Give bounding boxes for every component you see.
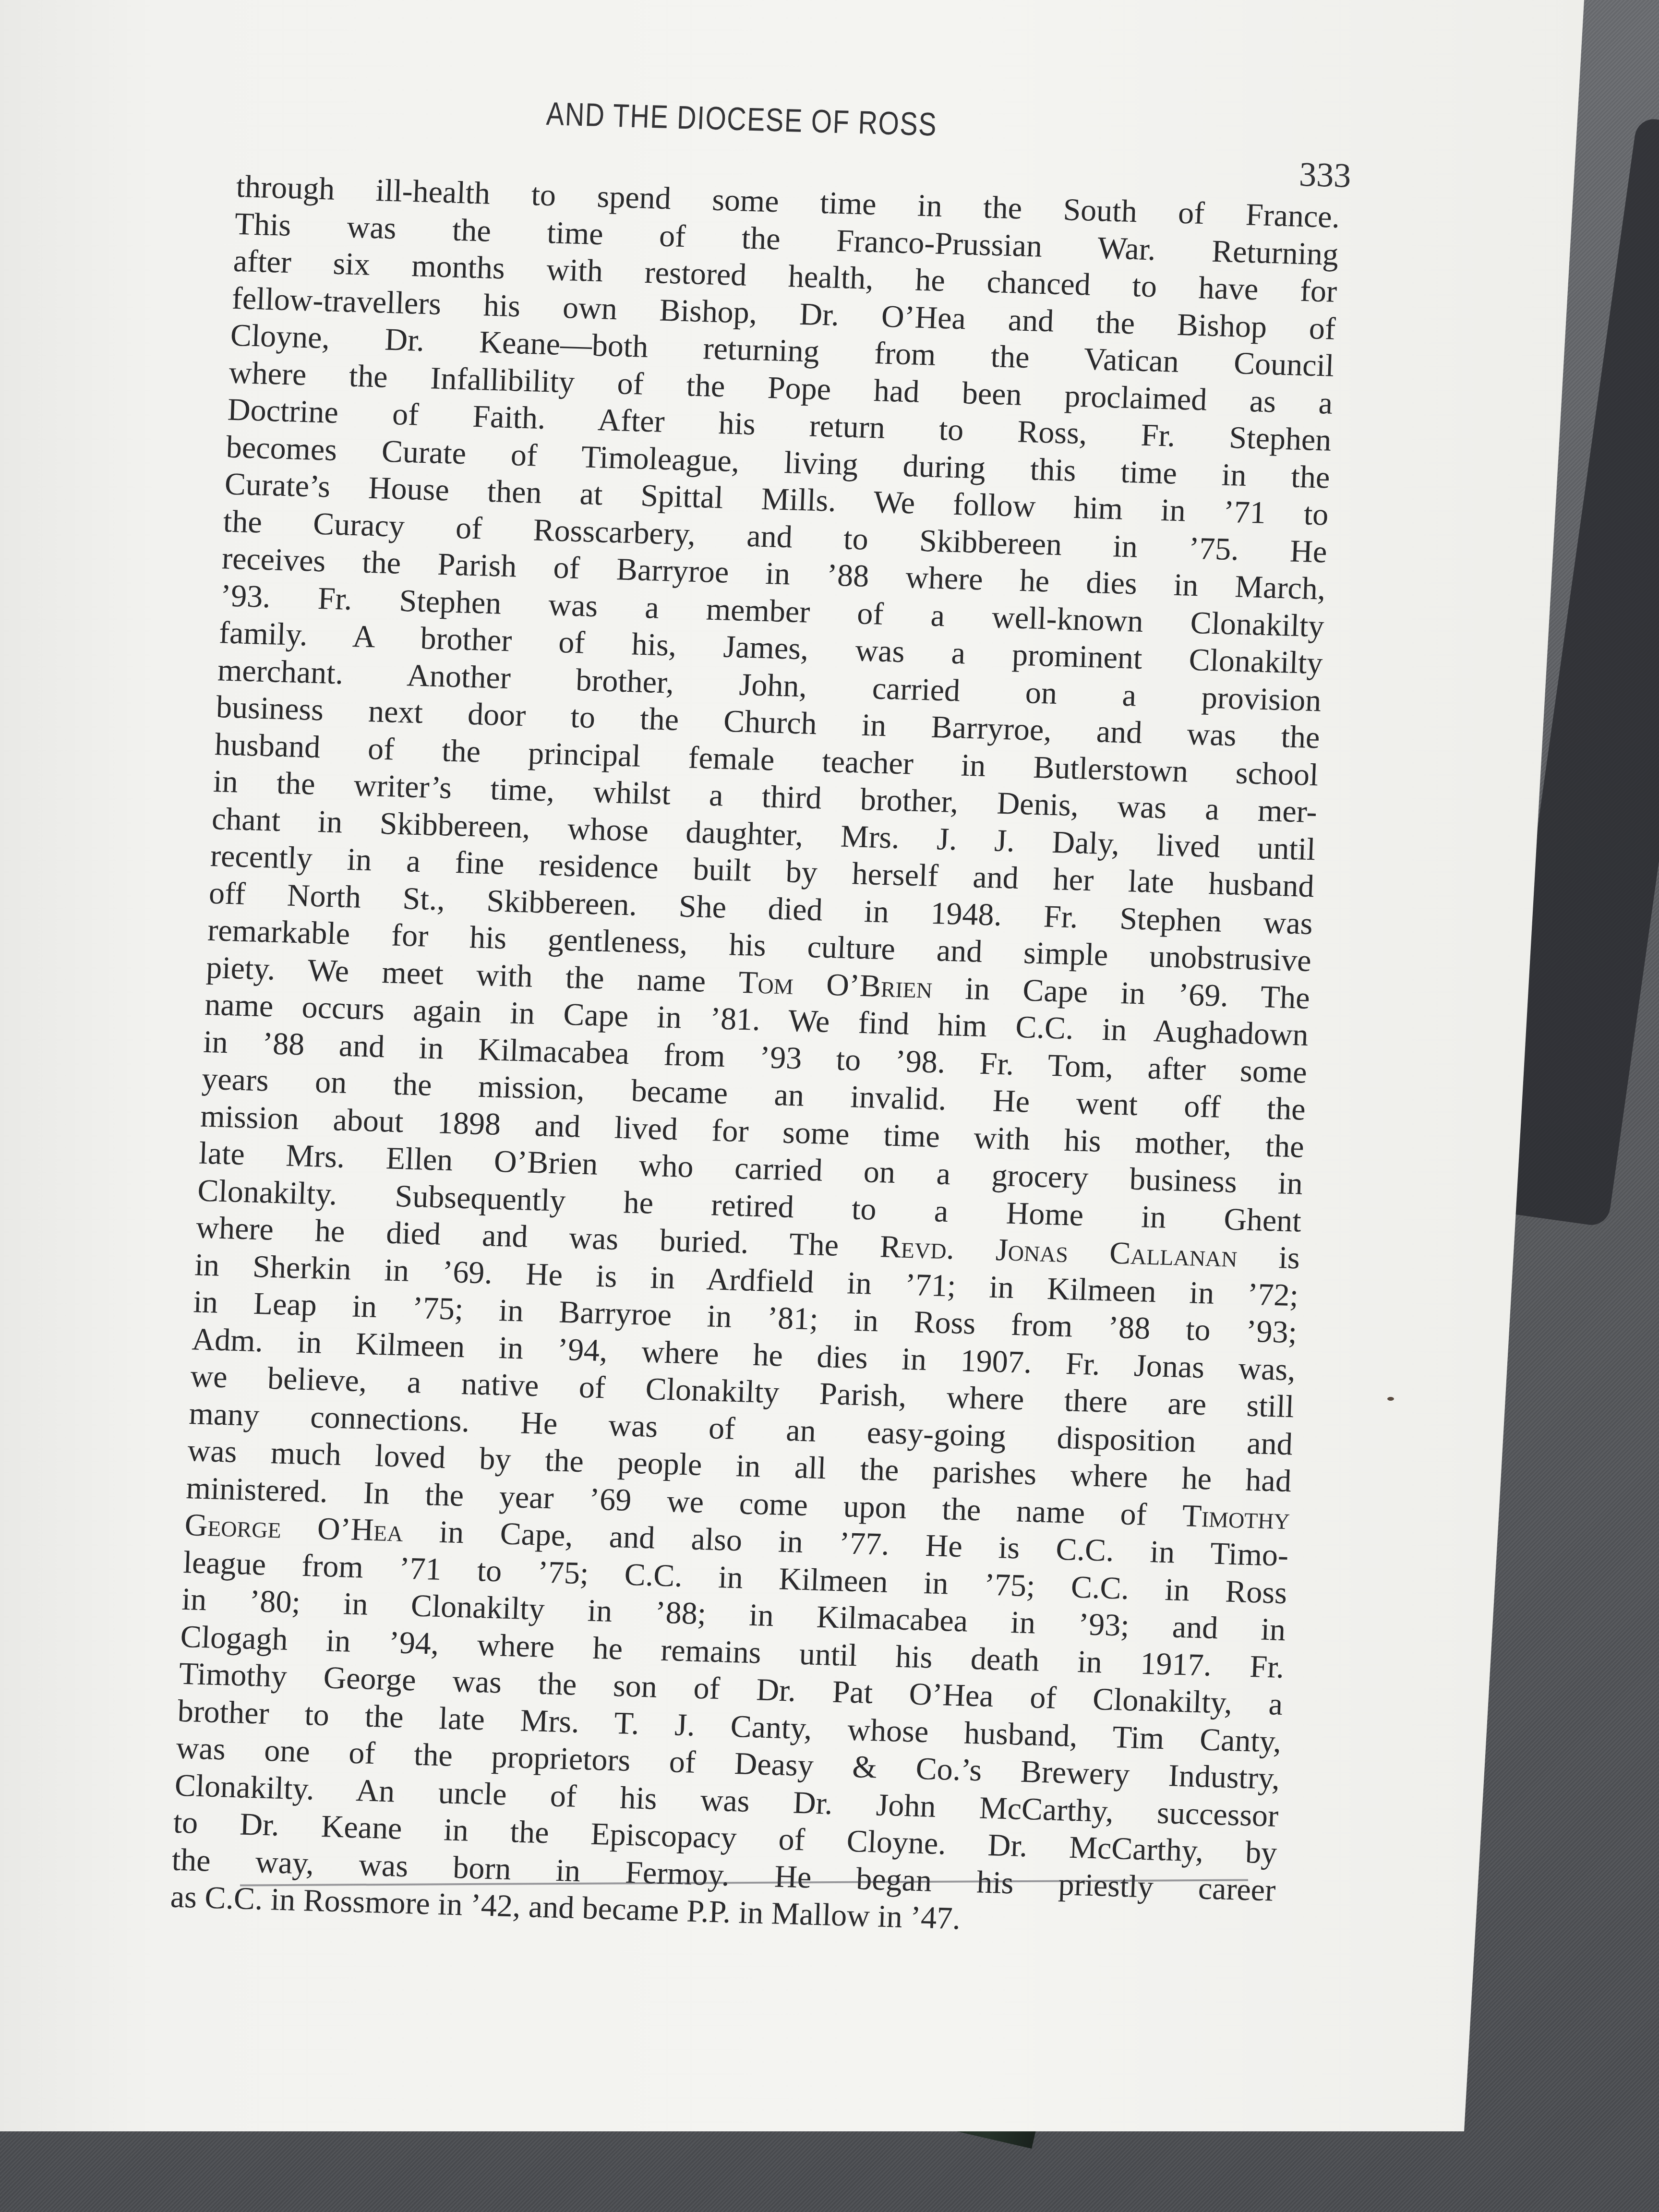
- book-page: AND THE DIOCESE OF ROSS 333 through ill-…: [0, 0, 1584, 2131]
- running-title: AND THE DIOCESE OF ROSS: [546, 95, 938, 144]
- paper-speck: [1387, 1397, 1394, 1401]
- body-text: through ill-health to spend some time in…: [170, 168, 1341, 1946]
- page-content: AND THE DIOCESE OF ROSS 333 through ill-…: [170, 86, 1344, 1946]
- page-number: 333: [1298, 155, 1352, 196]
